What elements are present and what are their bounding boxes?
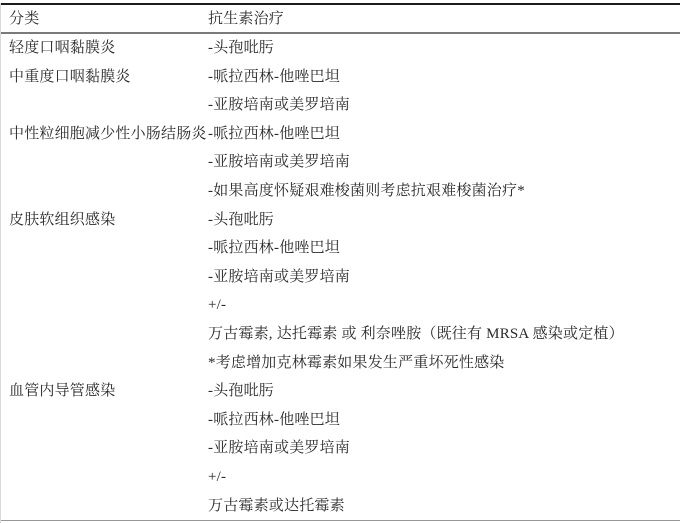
- treatment-line: -如果高度怀疑艰难梭菌则考虑抗艰难梭菌治疗*: [208, 177, 680, 206]
- treatment-line: -哌拉西林-他唑巴坦: [208, 406, 680, 435]
- treatment-line: -头孢吡肟: [208, 34, 680, 63]
- table-row: 轻度口咽黏膜炎 -头孢吡肟: [1, 34, 680, 63]
- treatment-line: 万古霉素或达托霉素: [208, 492, 680, 521]
- table-header-row: 分类 抗生素治疗: [1, 5, 680, 34]
- treatment-line: -亚胺培南或美罗培南: [208, 91, 680, 120]
- treatment-line: -哌拉西林-他唑巴坦: [208, 234, 680, 263]
- table-row: 皮肤软组织感染 -头孢吡肟-哌拉西林-他唑巴坦-亚胺培南或美罗培南+/-万古霉素…: [1, 206, 680, 378]
- treatment-line: -头孢吡肟: [208, 206, 680, 235]
- treatment-line: -哌拉西林-他唑巴坦: [208, 120, 680, 149]
- treatments-cell: -头孢吡肟-哌拉西林-他唑巴坦-亚胺培南或美罗培南+/-万古霉素或达托霉素: [208, 377, 680, 520]
- treatments-cell: -哌拉西林-他唑巴坦-亚胺培南或美罗培南: [208, 63, 680, 120]
- treatment-line: +/-: [208, 291, 680, 320]
- category-cell: 皮肤软组织感染: [1, 206, 208, 378]
- table-body: 轻度口咽黏膜炎 -头孢吡肟 中重度口咽黏膜炎 -哌拉西林-他唑巴坦-亚胺培南或美…: [1, 34, 680, 521]
- treatment-line: *考虑增加克林霉素如果发生严重坏死性感染: [208, 349, 680, 378]
- treatment-line: -亚胺培南或美罗培南: [208, 434, 680, 463]
- treatment-line: 万古霉素, 达托霉素 或 利奈唑胺（既往有 MRSA 感染或定植）: [208, 320, 680, 349]
- treatment-line: -哌拉西林-他唑巴坦: [208, 63, 680, 92]
- category-cell: 中性粒细胞减少性小肠结肠炎: [1, 120, 208, 206]
- treatment-line: -亚胺培南或美罗培南: [208, 148, 680, 177]
- document-page: 分类 抗生素治疗 轻度口咽黏膜炎 -头孢吡肟 中重度口咽黏膜炎 -哌拉西林-他唑…: [0, 3, 680, 523]
- treatment-line: -头孢吡肟: [208, 377, 680, 406]
- category-cell: 中重度口咽黏膜炎: [1, 63, 208, 120]
- treatments-cell: -头孢吡肟-哌拉西林-他唑巴坦-亚胺培南或美罗培南+/-万古霉素, 达托霉素 或…: [208, 206, 680, 378]
- antibiotic-treatment-table: 分类 抗生素治疗 轻度口咽黏膜炎 -头孢吡肟 中重度口咽黏膜炎 -哌拉西林-他唑…: [1, 3, 680, 521]
- header-category: 分类: [1, 5, 208, 34]
- header-antibiotic-treatment: 抗生素治疗: [208, 5, 680, 34]
- category-cell: 轻度口咽黏膜炎: [1, 34, 208, 63]
- table-row: 中性粒细胞减少性小肠结肠炎 -哌拉西林-他唑巴坦-亚胺培南或美罗培南-如果高度怀…: [1, 120, 680, 206]
- category-cell: 血管内导管感染: [1, 377, 208, 520]
- treatments-cell: -哌拉西林-他唑巴坦-亚胺培南或美罗培南-如果高度怀疑艰难梭菌则考虑抗艰难梭菌治…: [208, 120, 680, 206]
- treatments-cell: -头孢吡肟: [208, 34, 680, 63]
- table-row: 血管内导管感染 -头孢吡肟-哌拉西林-他唑巴坦-亚胺培南或美罗培南+/-万古霉素…: [1, 377, 680, 520]
- treatment-line: -亚胺培南或美罗培南: [208, 263, 680, 292]
- table-row: 中重度口咽黏膜炎 -哌拉西林-他唑巴坦-亚胺培南或美罗培南: [1, 63, 680, 120]
- treatment-line: +/-: [208, 463, 680, 492]
